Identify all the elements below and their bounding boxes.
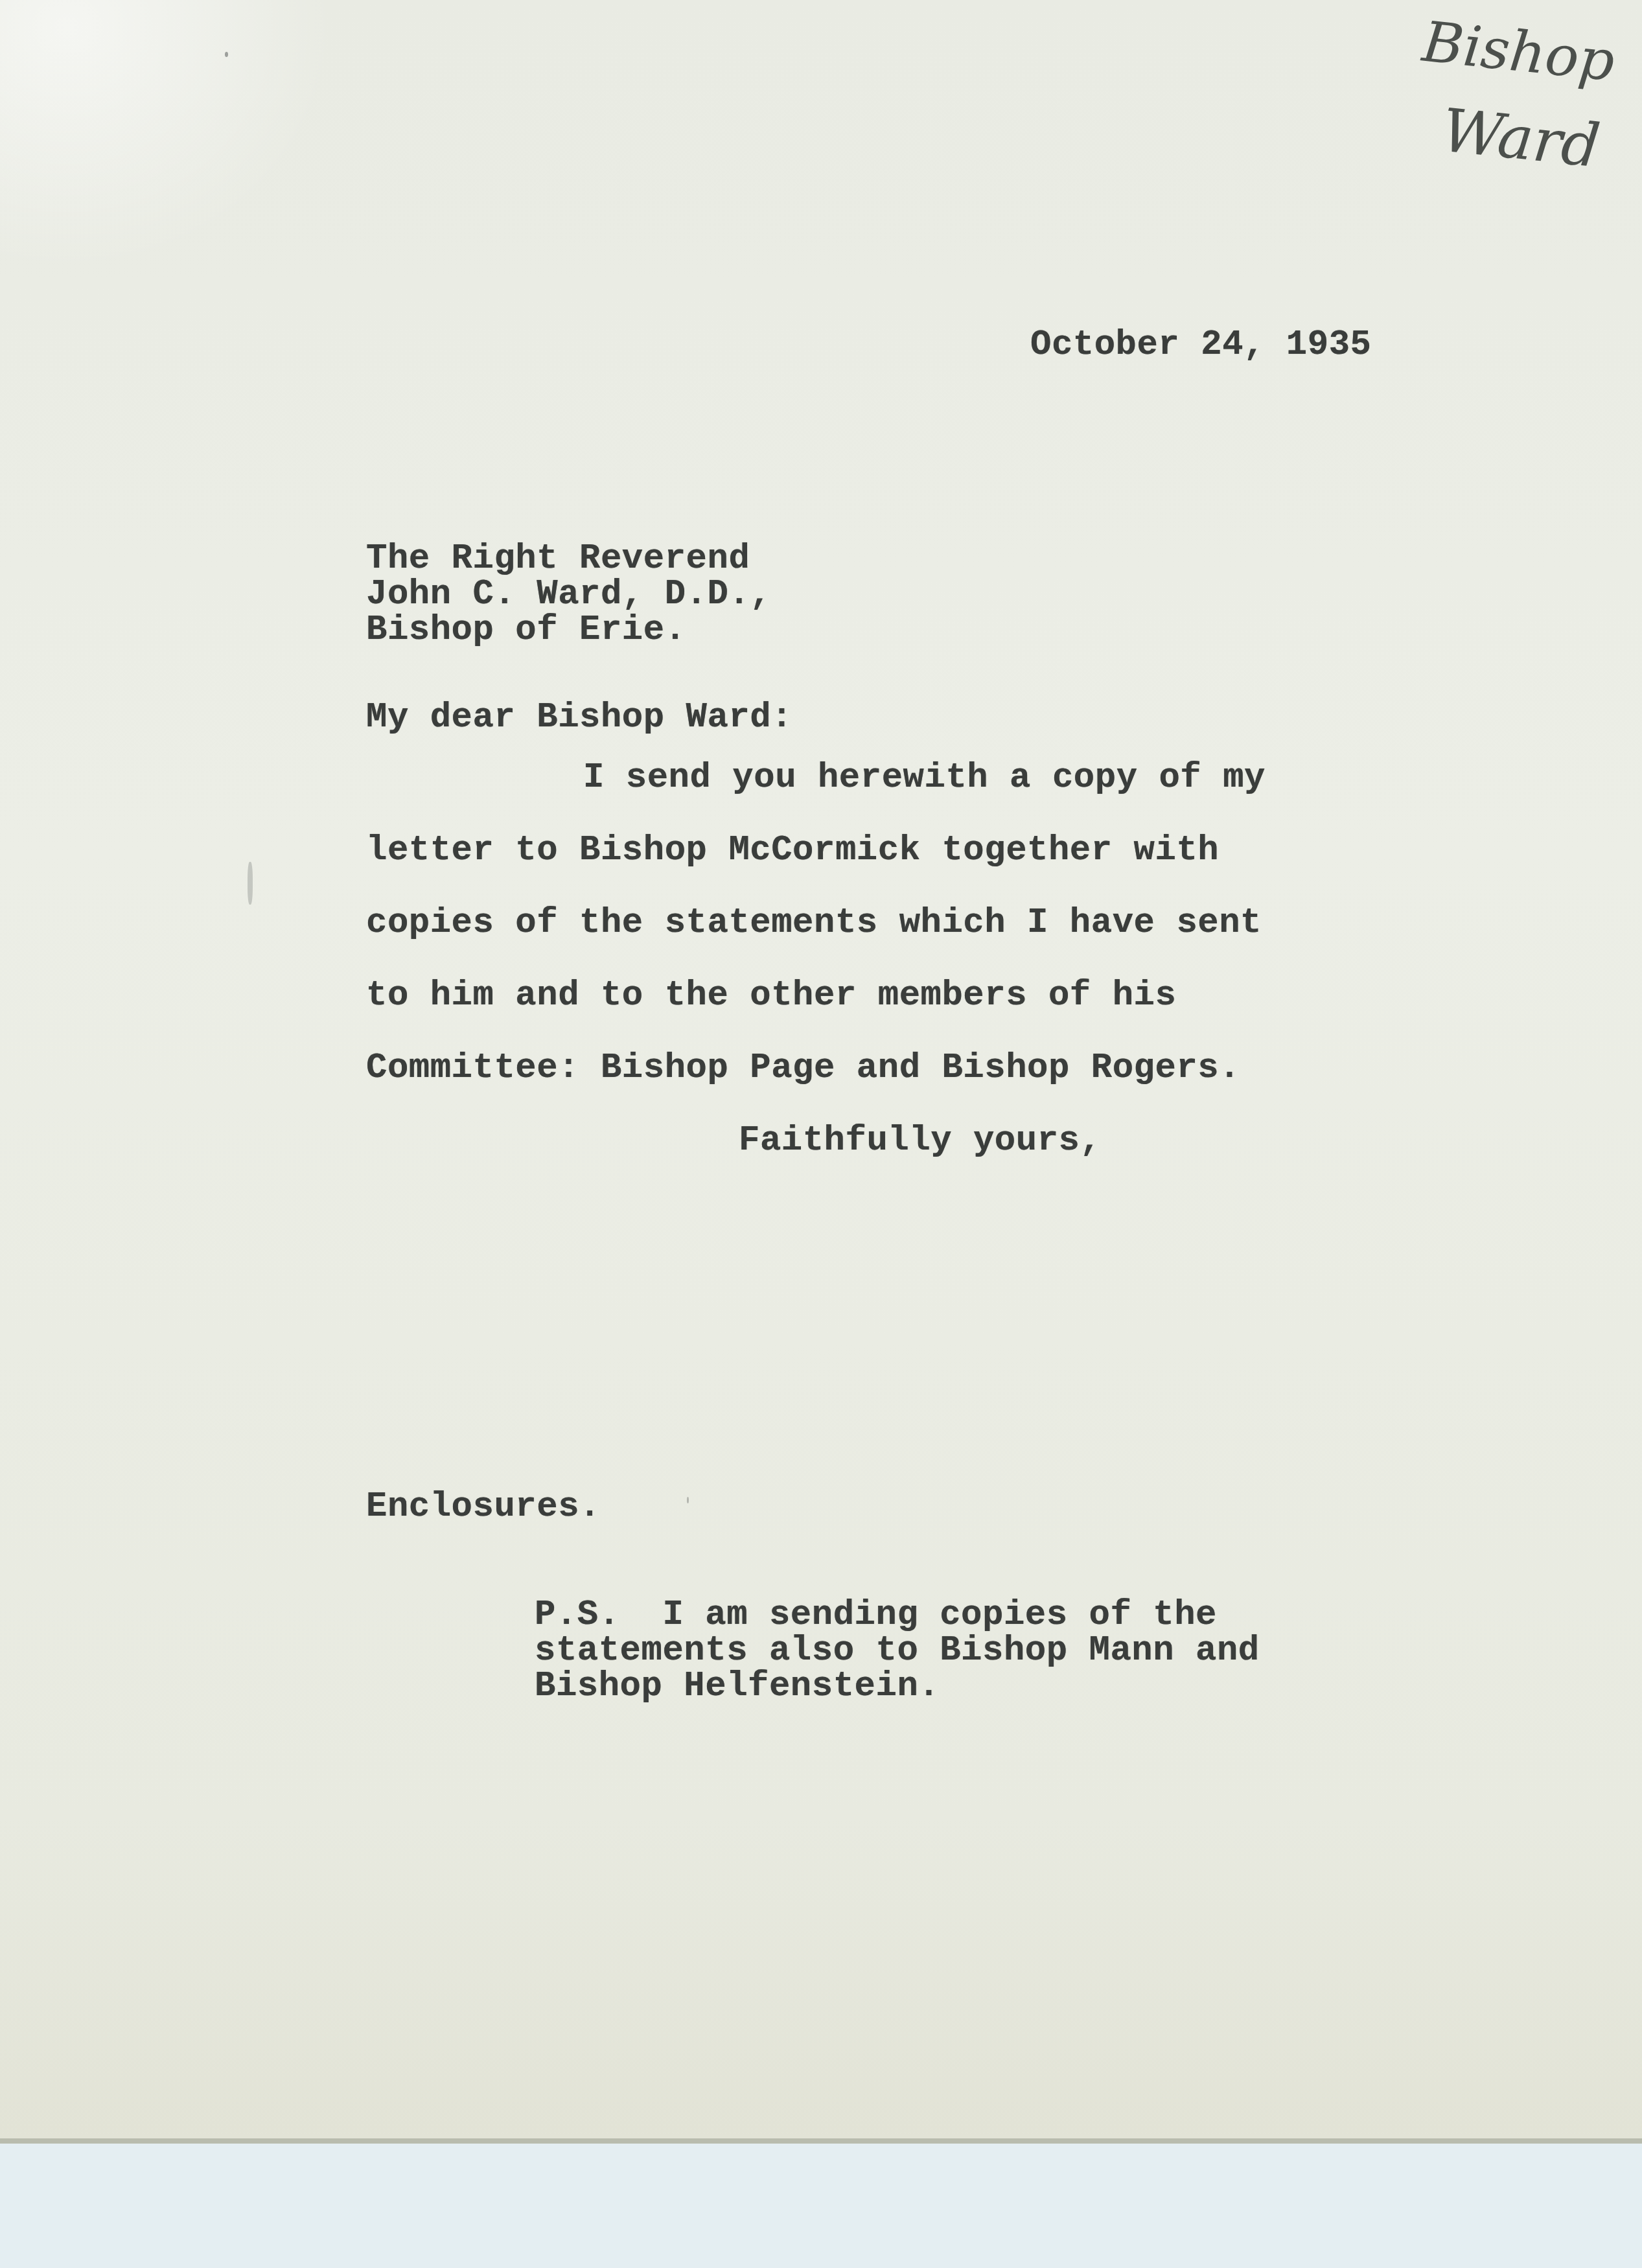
recipient-line-3: Bishop of Erie. xyxy=(366,612,686,649)
body-line-1: I send you herewith a copy of my xyxy=(583,760,1266,796)
recipient-line-1: The Right Reverend xyxy=(366,541,750,577)
body-line-3: copies of the statements which I have se… xyxy=(366,905,1262,942)
body-line-5: Committee: Bishop Page and Bishop Rogers… xyxy=(366,1050,1240,1087)
scanner-background xyxy=(0,2144,1642,2268)
handwritten-note-line-2: Ward xyxy=(1439,96,1603,181)
closing: Faithfully yours, xyxy=(739,1123,1101,1159)
enclosures-note: Enclosures. xyxy=(366,1489,601,1525)
speck xyxy=(225,52,228,57)
pencil-mark xyxy=(248,862,253,905)
postscript-line-1: P.S. I am sending copies of the xyxy=(535,1597,1217,1634)
letter-page: Bishop Ward October 24, 1935 The Right R… xyxy=(0,0,1642,2144)
letter-date: October 24, 1935 xyxy=(1030,327,1371,364)
postscript-line-2: statements also to Bishop Mann and xyxy=(535,1633,1260,1669)
body-line-4: to him and to the other members of his xyxy=(366,978,1176,1014)
postscript-line-3: Bishop Helfenstein. xyxy=(535,1669,940,1705)
salutation: My dear Bishop Ward: xyxy=(366,700,792,736)
speck xyxy=(687,1497,689,1503)
handwritten-note-line-1: Bishop xyxy=(1420,10,1618,95)
body-line-2: letter to Bishop McCormick together with xyxy=(366,833,1219,869)
recipient-line-2: John C. Ward, D.D., xyxy=(366,577,771,613)
